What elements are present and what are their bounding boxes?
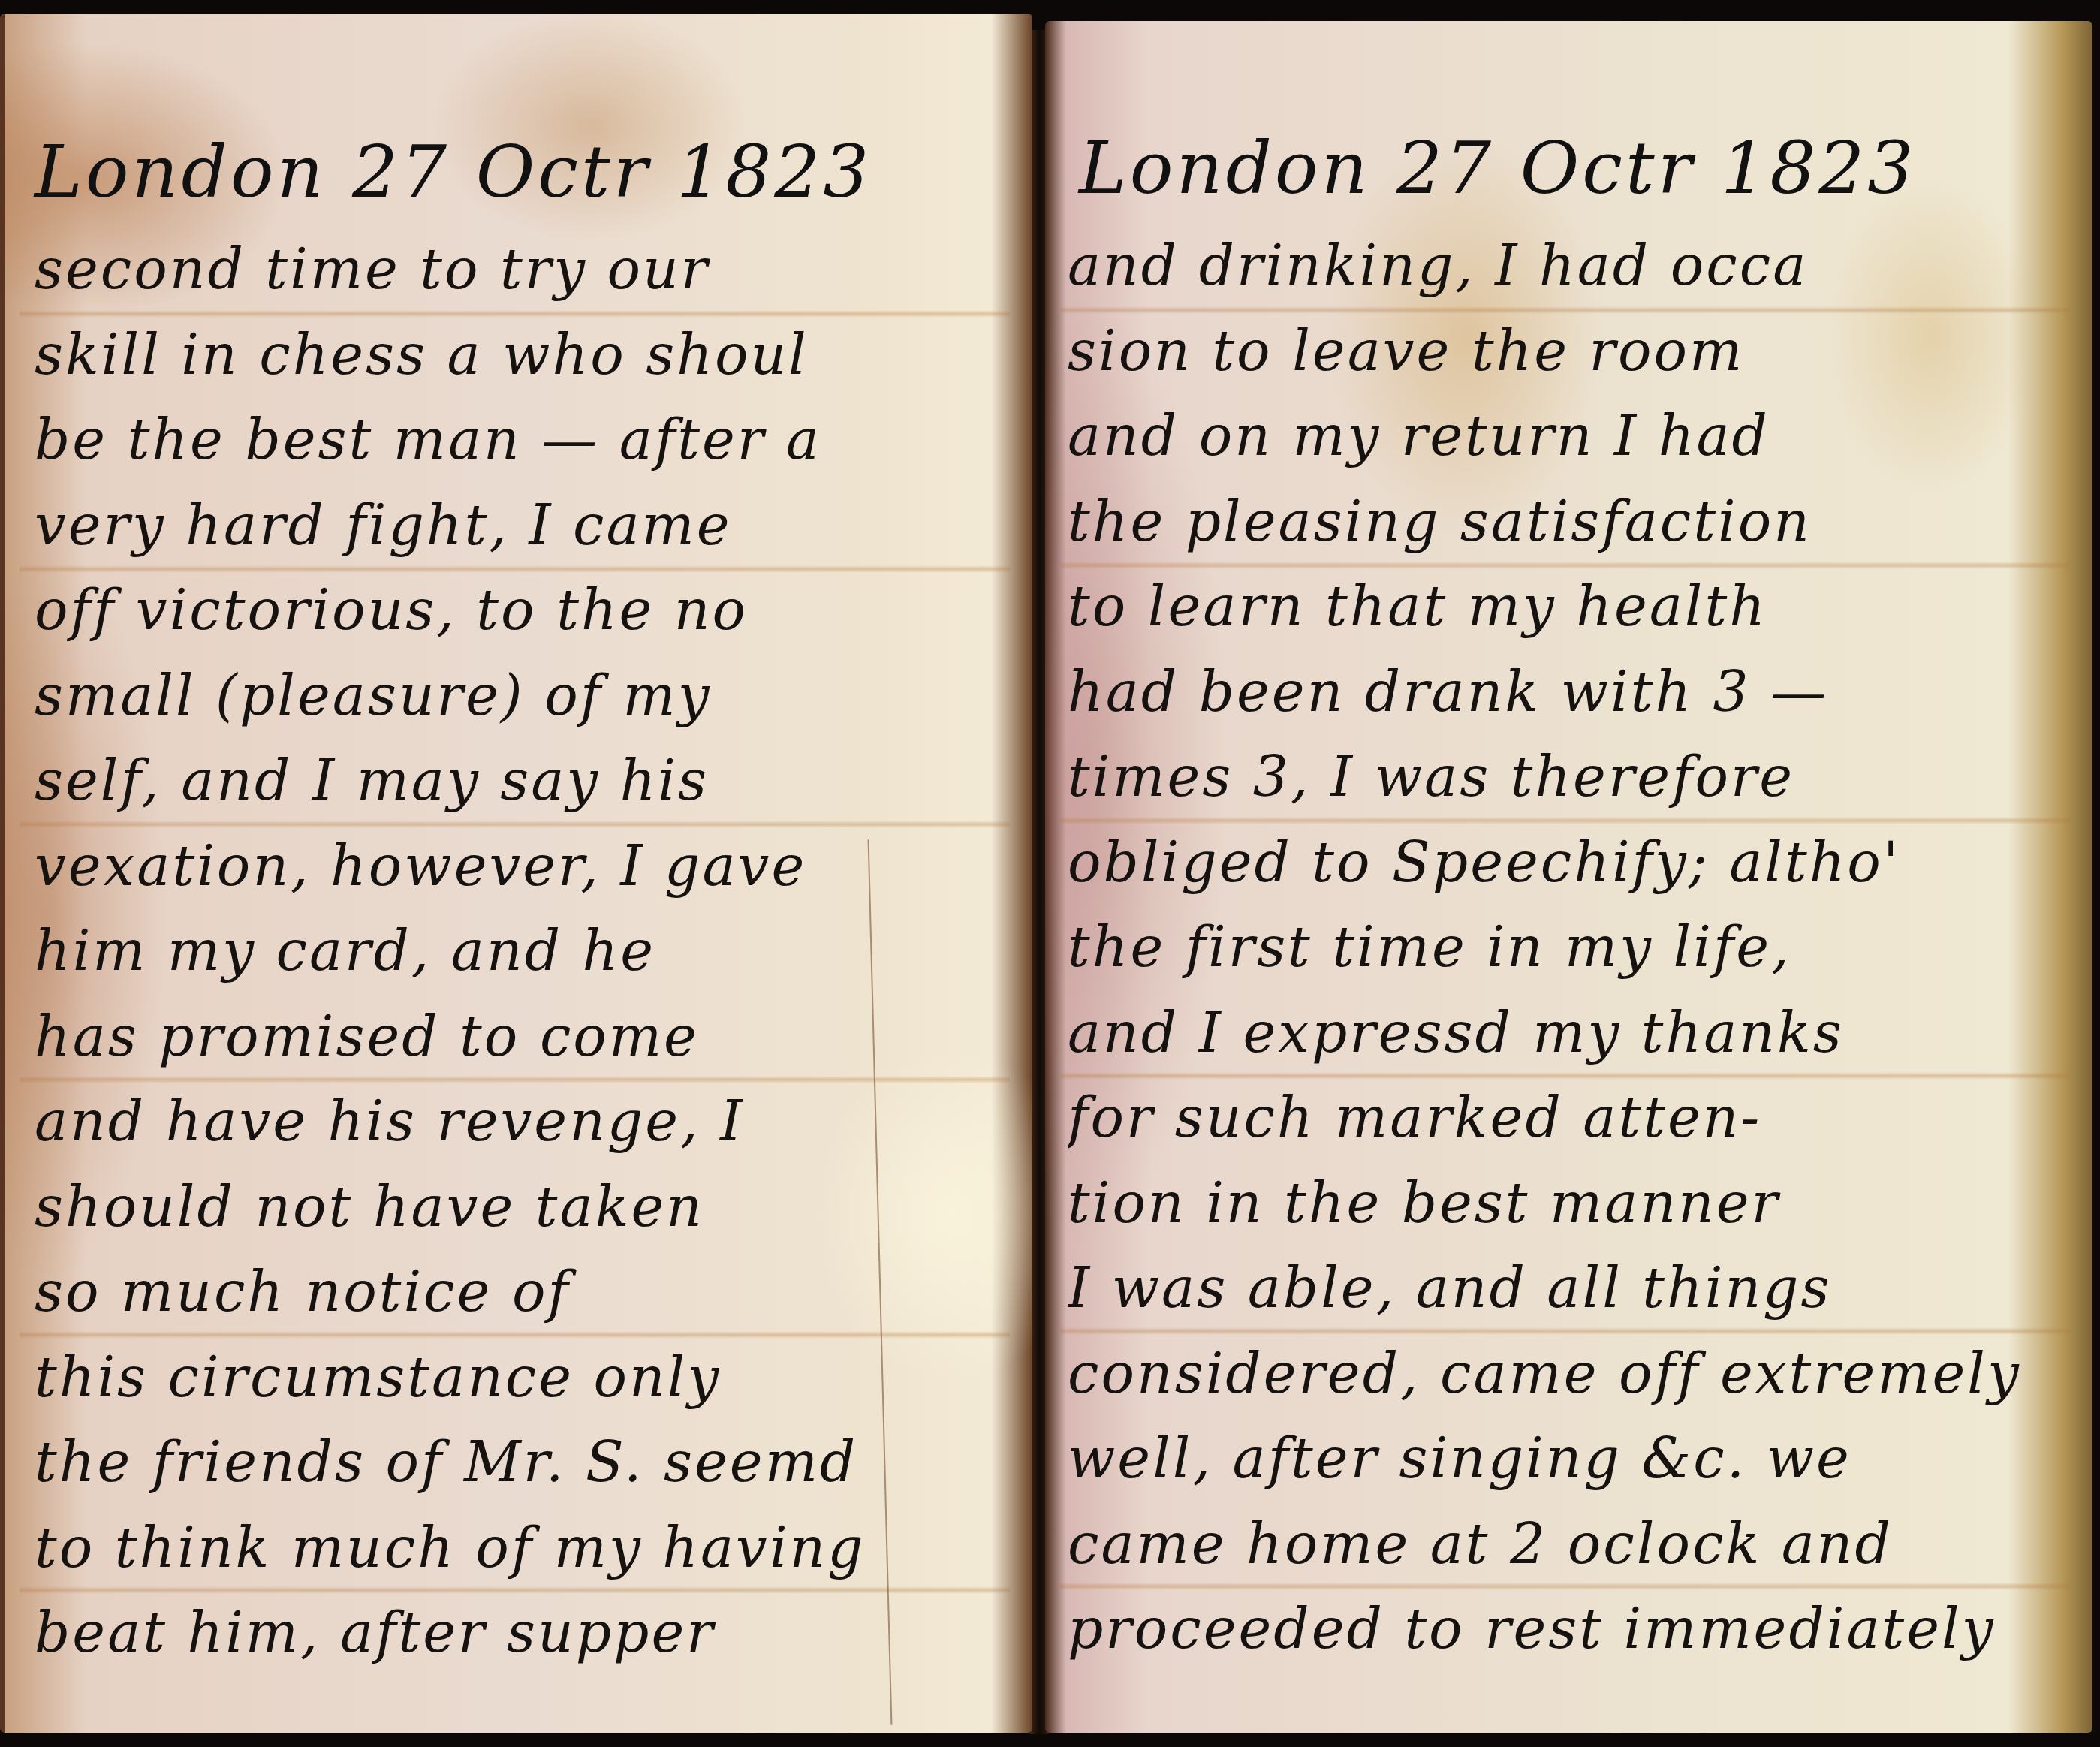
handwritten-lines: second time to try our skill in chess a … [35,227,1017,1676]
text-line: this circumstance only [35,1336,1017,1421]
text-line: sion to leave the room [1068,309,2077,395]
text-line: second time to try our [35,227,1017,313]
text-line: very hard fight, I came [35,483,1017,569]
left-page: London 27 Octr 1823 second time to try o… [0,14,1032,1733]
text-line: proceeded to rest immediately [1068,1587,2077,1673]
text-line: came home at 2 oclock and [1068,1502,2077,1588]
text-line: self, and I may say his [35,739,1017,824]
page-header-date: London 27 Octr 1823 [1079,126,1916,210]
text-line: off victorious, to the no [35,568,1017,654]
text-line: so much notice of [35,1250,1017,1336]
text-line: well, after singing &c. we [1068,1417,2077,1502]
handwritten-lines: and drinking, I had occa sion to leave t… [1068,224,2077,1673]
text-line: for such marked atten- [1068,1076,2077,1161]
text-line: and on my return I had [1068,394,2077,480]
text-line: obliged to Speechify; altho' [1068,821,2077,906]
text-line: I was able, and all things [1068,1246,2077,1332]
text-line: and I expressd my thanks [1068,991,2077,1077]
page-header-date: London 27 Octr 1823 [35,130,872,214]
text-line: and have his revenge, I [35,1080,1017,1165]
text-line: the friends of Mr. S. seemd [35,1420,1017,1506]
text-line: vexation, however, I gave [35,824,1017,910]
text-line: him my card, and he [35,909,1017,995]
text-line: the pleasing satisfaction [1068,480,2077,565]
text-line: considered, came off extremely [1068,1332,2077,1417]
text-line: to think much of my having [35,1506,1017,1592]
text-line: to learn that my health [1068,565,2077,650]
text-line: the first time in my life, [1068,905,2077,991]
text-line: should not have taken [35,1165,1017,1251]
text-line: skill in chess a who shoul [35,313,1017,399]
text-line: had been drank with 3 — [1068,650,2077,736]
text-line: times 3, I was therefore [1068,735,2077,821]
text-line: has promised to come [35,995,1017,1080]
right-page: London 27 Octr 1823 and drinking, I had … [1045,21,2092,1733]
text-line: beat him, after supper [35,1591,1017,1676]
text-line: be the best man — after a [35,398,1017,483]
text-line: and drinking, I had occa [1068,224,2077,309]
open-diary: London 27 Octr 1823 second time to try o… [0,0,2100,1747]
text-line: small (pleasure) of my [35,654,1017,739]
text-line: tion in the best manner [1068,1161,2077,1247]
